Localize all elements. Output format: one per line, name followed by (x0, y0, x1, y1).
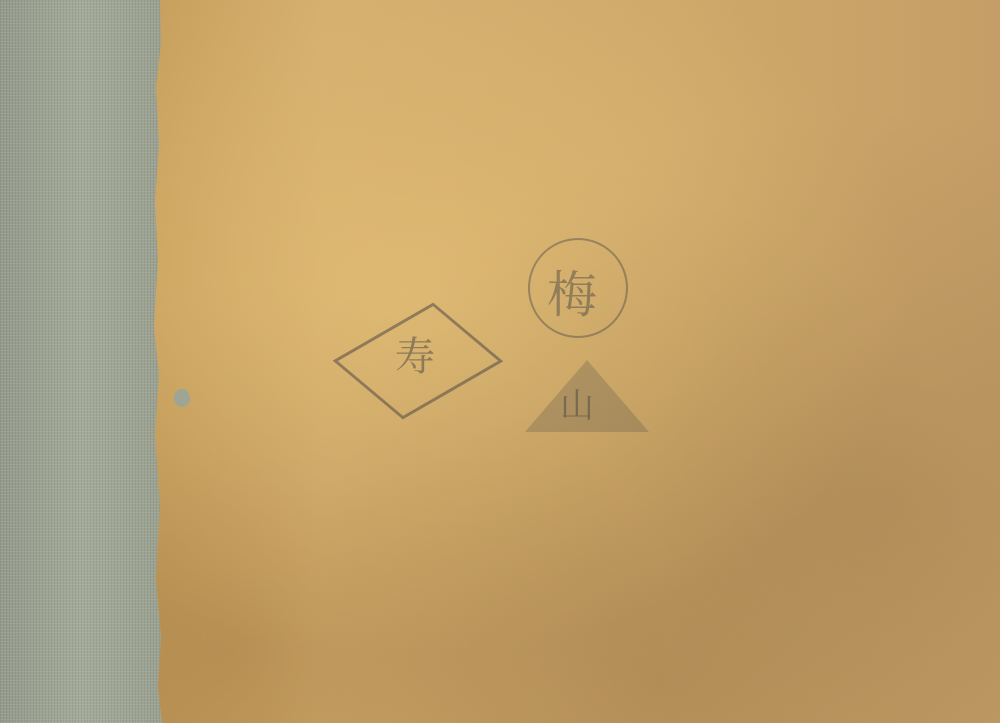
silk-mount (0, 0, 162, 723)
triangle-seal-glyph: 山 (560, 378, 594, 427)
circle-seal-glyph: 梅 (547, 255, 597, 327)
paper-hole (174, 389, 190, 407)
diamond-seal-glyph: 寿 (395, 325, 435, 382)
